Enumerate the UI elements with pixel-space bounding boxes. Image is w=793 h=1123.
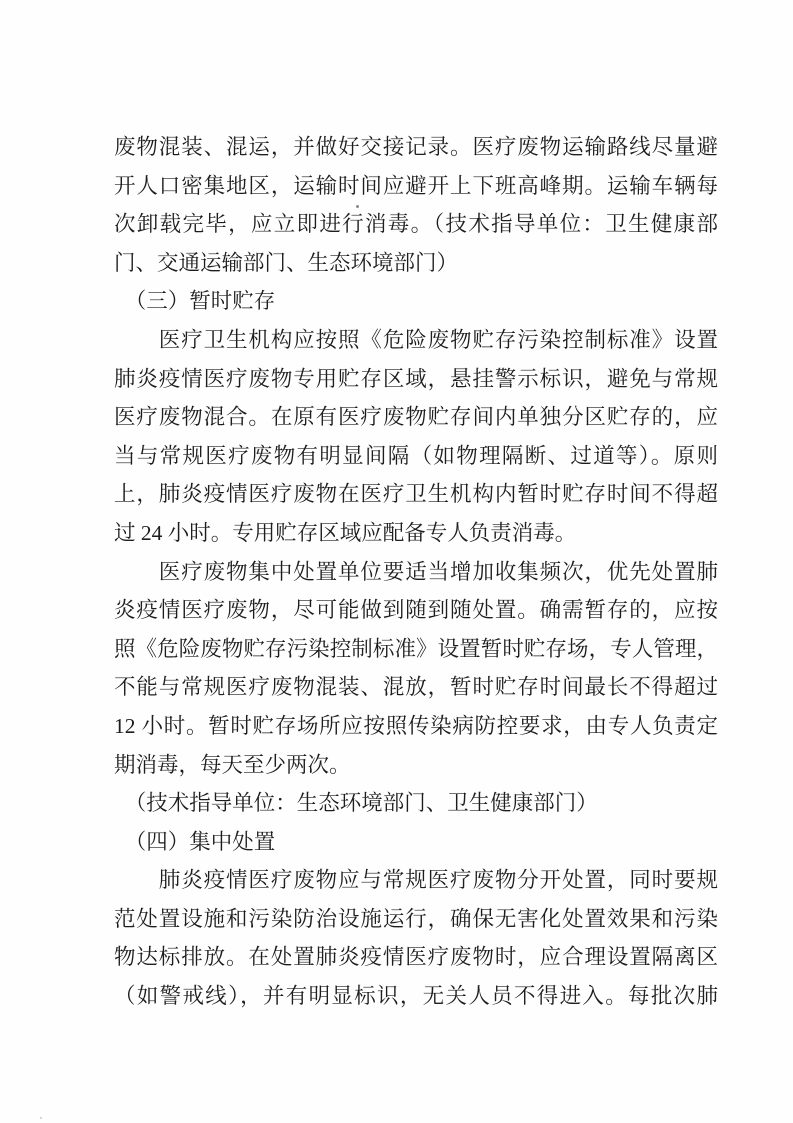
section-heading-3: （三）暂时贮存 [114, 282, 718, 321]
text-line: 当与常规医疗废物有明显间隔（如物理隔断、过道等）。原则 [114, 437, 718, 476]
text-line: 照《危险废物贮存污染控制标准》设置暂时贮存场，专人管理， [114, 630, 718, 669]
text-line: 门、交通运输部门、生态环境部门） [114, 244, 718, 283]
text-line: 期消毒，每天至少两次。 [114, 746, 718, 785]
text-line: 次卸载完毕，应立即进行消毒。（技术指导单位：卫生健康部 [114, 205, 718, 244]
text-line: 肺炎疫情医疗废物应与常规医疗废物分开处置，同时要规 [114, 861, 718, 900]
text-line: 12 小时。暂时贮存场所应按照传染病防控要求，由专人负责定 [114, 707, 718, 746]
scan-speck [40, 1117, 42, 1119]
text-line: 不能与常规医疗废物混装、混放，暂时贮存时间最长不得超过 [114, 668, 718, 707]
text-line: 过 24 小时。专用贮存区域应配备专人负责消毒。 [114, 514, 718, 553]
text-line: 上，肺炎疫情医疗废物在医疗卫生机构内暂时贮存时间不得超 [114, 475, 718, 514]
section-heading-4: （四）集中处置 [114, 823, 718, 862]
text-line: 物达标排放。在处置肺炎疫情医疗废物时，应合理设置隔离区 [114, 938, 718, 977]
text-line: 医疗卫生机构应按照《危险废物贮存污染控制标准》设置 [114, 321, 718, 360]
technical-guidance-line: （技术指导单位：生态环境部门、卫生健康部门） [114, 784, 718, 823]
text-line: 肺炎疫情医疗废物专用贮存区域，悬挂警示标识，避免与常规 [114, 360, 718, 399]
document-page: 废物混装、混运，并做好交接记录。医疗废物运输路线尽量避 开人口密集地区，运输时间… [0, 0, 793, 1123]
text-line: 医疗废物集中处置单位要适当增加收集频次，优先处置肺 [114, 553, 718, 592]
text-line: 范处置设施和污染防治设施运行，确保无害化处置效果和污染 [114, 900, 718, 939]
text-line: （如警戒线），并有明显标识，无关人员不得进入。每批次肺 [114, 977, 718, 1016]
scan-speck [356, 205, 359, 208]
text-line: 炎疫情医疗废物，尽可能做到随到随处置。确需暂存的，应按 [114, 591, 718, 630]
text-line: 废物混装、混运，并做好交接记录。医疗废物运输路线尽量避 [114, 128, 718, 167]
document-text-block: 废物混装、混运，并做好交接记录。医疗废物运输路线尽量避 开人口密集地区，运输时间… [114, 128, 718, 1016]
text-line: 医疗废物混合。在原有医疗废物贮存间内单独分区贮存的，应 [114, 398, 718, 437]
text-line: 开人口密集地区，运输时间应避开上下班高峰期。运输车辆每 [114, 167, 718, 206]
